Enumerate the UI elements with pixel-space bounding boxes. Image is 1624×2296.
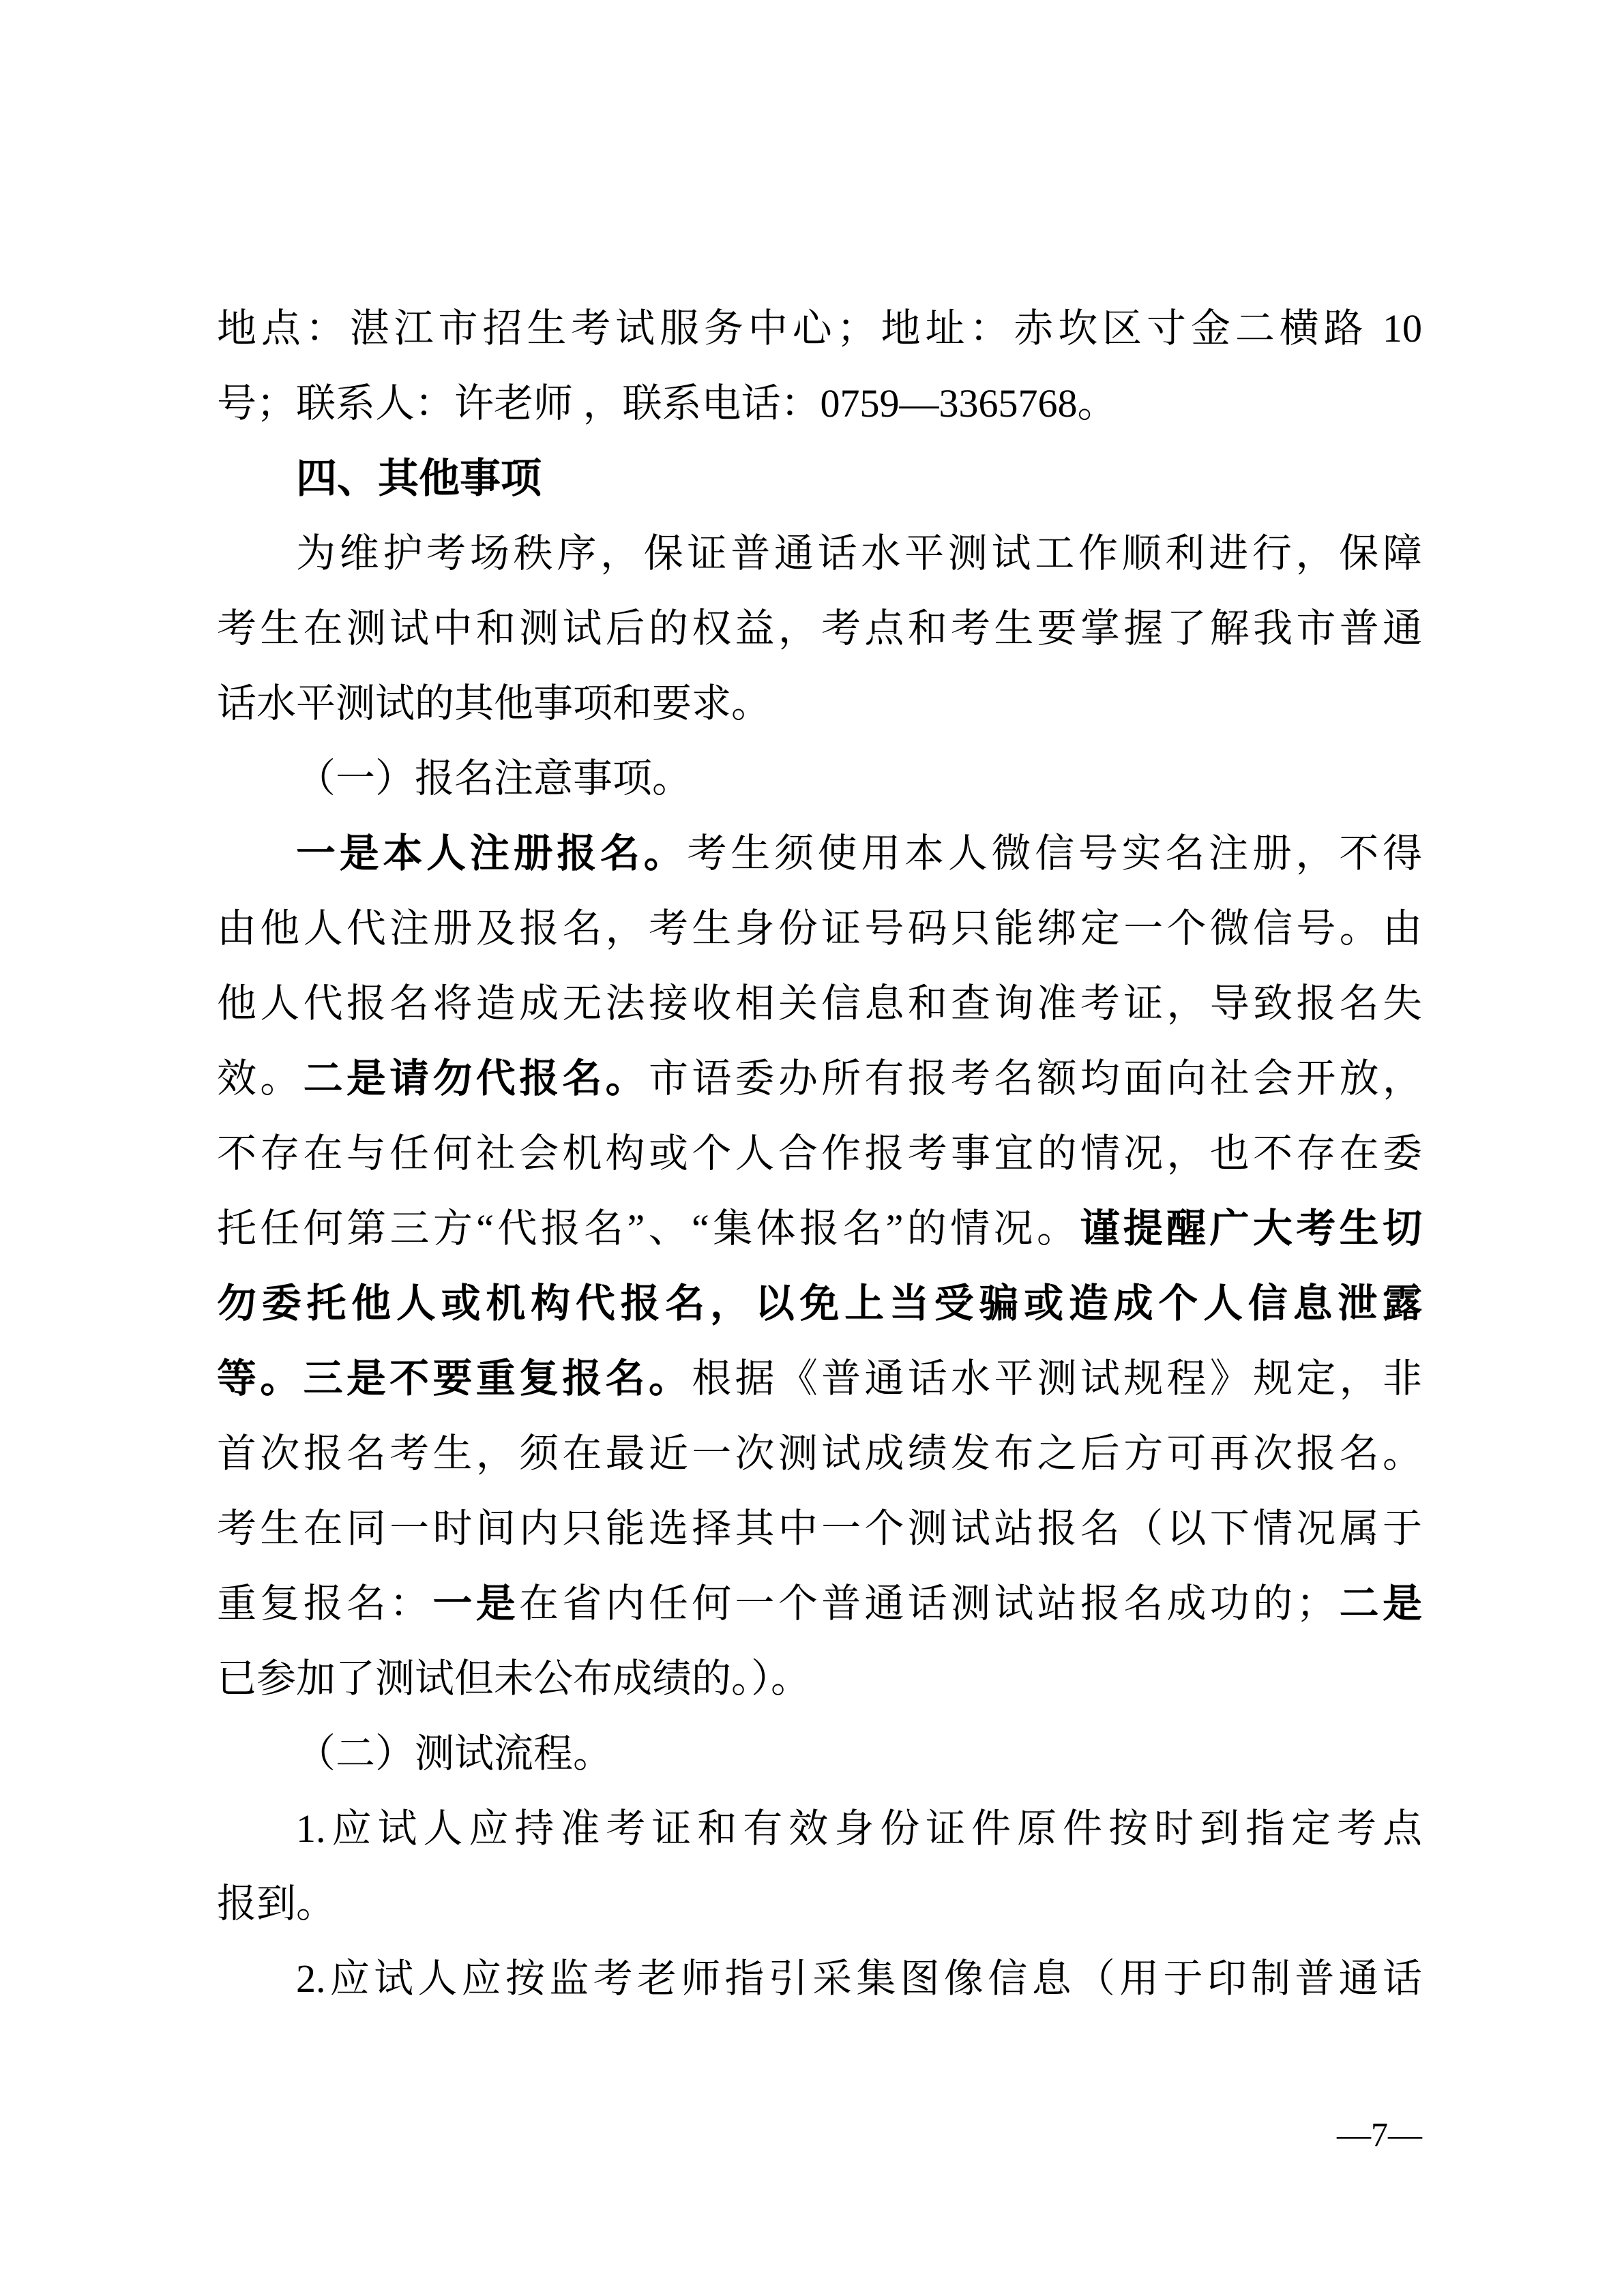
text-line: 他人代报名将造成无法接收相关信息和查询准考证，导致报名失 [217, 966, 1422, 1041]
text-line: 已参加了测试但未公布成绩的。）。 [217, 1641, 1422, 1716]
text-line: 等。三是不要重复报名。根据《普通话水平测试规程》规定，非 [217, 1341, 1422, 1416]
text-line: 不存在与任何社会机构或个人合作报考事宜的情况，也不存在委 [217, 1116, 1422, 1191]
text-segment: 等。三是不要重复报名。 [217, 1356, 692, 1401]
text-line: 地点：湛江市招生考试服务中心；地址：赤坎区寸金二横路 10 [217, 291, 1422, 366]
text-line: （二）测试流程。 [217, 1716, 1422, 1791]
text-line: 1.应试人应持准考证和有效身份证件原件按时到指定考点 [217, 1791, 1422, 1866]
text-segment: 考生须使用本人微信号实名注册，不得 [687, 831, 1422, 876]
text-line: 话水平测试的其他事项和要求。 [217, 666, 1422, 741]
text-line: 为维护考场秩序，保证普通话水平测试工作顺利进行，保障 [217, 516, 1422, 591]
text-segment: 二是请勿代报名。 [304, 1056, 649, 1101]
text-segment: 由他人代注册及报名，考生身份证号码只能绑定一个微信号。由 [217, 906, 1422, 951]
text-segment: 他人代报名将造成无法接收相关信息和查询准考证，导致报名失 [217, 981, 1422, 1026]
text-segment: 一是 [432, 1581, 519, 1626]
text-line: 由他人代注册及报名，考生身份证号码只能绑定一个微信号。由 [217, 891, 1422, 966]
page-number: —7— [1337, 2114, 1422, 2155]
text-line: 考生在测试中和测试后的权益，考点和考生要掌握了解我市普通 [217, 591, 1422, 666]
document-page: 地点：湛江市招生考试服务中心；地址：赤坎区寸金二横路 10号；联系人：许老师 ，… [0, 0, 1624, 2296]
text-line: 效。二是请勿代报名。市语委办所有报考名额均面向社会开放， [217, 1041, 1422, 1116]
text-segment: 首次报名考生，须在最近一次测试成绩发布之后方可再次报名。 [217, 1431, 1422, 1476]
text-line: 重复报名：一是在省内任何一个普通话测试站报名成功的；二是 [217, 1566, 1422, 1641]
text-line: 首次报名考生，须在最近一次测试成绩发布之后方可再次报名。 [217, 1416, 1422, 1491]
text-segment: 四、其他事项 [296, 456, 542, 501]
text-line: 一是本人注册报名。考生须使用本人微信号实名注册，不得 [217, 816, 1422, 891]
text-segment: （一）报名注意事项。 [296, 756, 692, 801]
text-segment: 报到。 [217, 1881, 336, 1926]
text-segment: 2.应试人应按监考老师指引采集图像信息（用于印制普通话 [296, 1956, 1422, 2001]
text-segment: 为维护考场秩序，保证普通话水平测试工作顺利进行，保障 [296, 531, 1422, 576]
text-segment: 考生在测试中和测试后的权益，考点和考生要掌握了解我市普通 [217, 606, 1422, 651]
text-segment: 市语委办所有报考名额均面向社会开放， [649, 1056, 1422, 1101]
text-segment: 地点：湛江市招生考试服务中心；地址：赤坎区寸金二横路 10 [217, 306, 1422, 351]
text-segment: 谨提醒广大考生切 [1080, 1206, 1422, 1251]
text-segment: 号；联系人：许老师 ，联系电话：0759—3365768。 [217, 381, 1117, 426]
text-segment: 不存在与任何社会机构或个人合作报考事宜的情况，也不存在委 [217, 1131, 1422, 1176]
text-segment: 在省内任何一个普通话测试站报名成功的； [519, 1581, 1335, 1626]
text-segment: 根据《普通话水平测试规程》规定，非 [692, 1356, 1422, 1401]
text-segment: 托任何第三方“代报名”、“集体报名”的情况。 [217, 1206, 1080, 1251]
text-line: 勿委托他人或机构代报名，以免上当受骗或造成个人信息泄露 [217, 1266, 1422, 1341]
text-segment: 已参加了测试但未公布成绩的。）。 [217, 1656, 810, 1701]
text-segment: 效。 [217, 1056, 304, 1101]
text-segment: （二）测试流程。 [296, 1731, 612, 1776]
text-segment: 话水平测试的其他事项和要求。 [217, 681, 771, 726]
section-heading: 四、其他事项 [217, 441, 1422, 516]
text-segment: 二是 [1335, 1581, 1422, 1626]
text-line: （一）报名注意事项。 [217, 741, 1422, 816]
text-line: 号；联系人：许老师 ，联系电话：0759—3365768。 [217, 366, 1422, 441]
text-line: 报到。 [217, 1866, 1422, 1941]
text-line: 托任何第三方“代报名”、“集体报名”的情况。谨提醒广大考生切 [217, 1191, 1422, 1266]
text-line: 2.应试人应按监考老师指引采集图像信息（用于印制普通话 [217, 1941, 1422, 2016]
text-segment: 重复报名： [217, 1581, 432, 1626]
text-segment: 考生在同一时间内只能选择其中一个测试站报名（以下情况属于 [217, 1506, 1422, 1551]
document-body: 地点：湛江市招生考试服务中心；地址：赤坎区寸金二横路 10号；联系人：许老师 ，… [217, 291, 1422, 2016]
text-line: 考生在同一时间内只能选择其中一个测试站报名（以下情况属于 [217, 1491, 1422, 1566]
text-segment: 勿委托他人或机构代报名，以免上当受骗或造成个人信息泄露 [217, 1281, 1422, 1326]
text-segment: 一是本人注册报名。 [296, 831, 687, 876]
text-segment: 1.应试人应持准考证和有效身份证件原件按时到指定考点 [296, 1806, 1422, 1851]
